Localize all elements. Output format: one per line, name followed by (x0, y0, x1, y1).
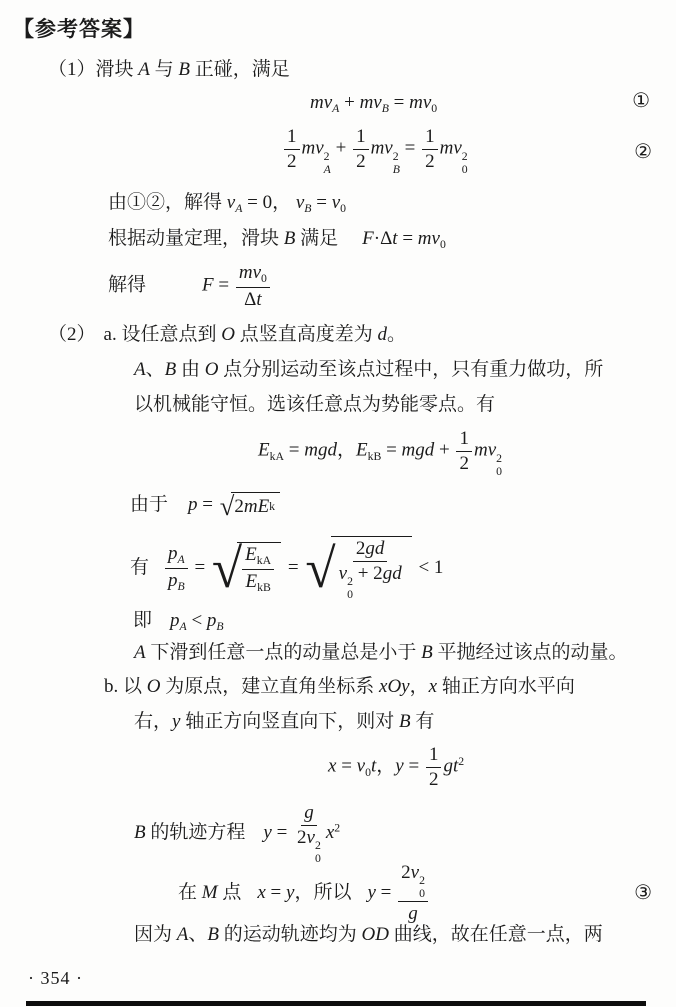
part2a-heading: （2）a. 设任意点到 O 点竖直高度差为 d。 (48, 322, 406, 348)
equation-2: 12mv2A + 12mv2B = 12mv20 (282, 126, 468, 176)
part2a-text-line2: 以机械能守恒。选该任意点为势能零点。有 (134, 392, 495, 418)
part1-heading: （1）滑块 A 与 B 正碰，满足 (48, 57, 290, 83)
momentum-ratio-equation: 有pApB = √EkAEkB = √2gdv20 + 2gd < 1 (130, 536, 443, 601)
part2b-text-line1: b. 以 O 为原点，建立直角坐标系 xOy，x 轴正方向水平向 (104, 674, 575, 700)
momentum-inequality-line: 即pA < pB (133, 608, 224, 635)
page-title: 【参考答案】 (13, 16, 145, 44)
scan-edge-bar (26, 1001, 646, 1006)
equation-1-label: ① (632, 88, 650, 115)
solve-from-equations-line: 由①②，解得 vA = 0， vB = v0 (108, 190, 346, 217)
equation-1: mvA + mvB = mv0 (310, 90, 437, 117)
kinetic-energy-equation: EkA = mgd，EkB = mgd + 12mv20 (258, 428, 502, 478)
page-number: · 354 · (28, 966, 83, 990)
equation-2-label: ② (634, 139, 652, 166)
part2a-text-line1: A、B 由 O 点分别运动至该点过程中，只有重力做功，所 (134, 357, 603, 383)
solve-force-line: 解得F = mv0Δt (108, 262, 272, 311)
momentum-energy-relation-line: 由于p = √2mEk (130, 492, 282, 520)
part2a-conclusion: A 下滑到任意一点的动量总是小于 B 平抛经过该点的动量。 (134, 640, 628, 666)
part2b-text-line2: 右，y 轴正方向竖直向下，则对 B 有 (134, 709, 434, 735)
equation-3-label: ③ (634, 880, 652, 907)
trajectory-equation-line: B 的轨迹方程y = g2v20x2 (134, 802, 340, 865)
point-m-equation: 在 M 点x = y，所以y = 2v20g (178, 862, 430, 925)
projectile-equations: x = v0t，y = 12gt2 (328, 744, 464, 791)
because-text-line: 因为 A、B 的运动轨迹均为 OD 曲线，故在任意一点，两 (134, 922, 603, 948)
momentum-theorem-line: 根据动量定理，滑块 B 满足F·Δt = mv0 (108, 226, 446, 253)
answer-page: 【参考答案】 （1）滑块 A 与 B 正碰，满足 mvA + mvB = mv0… (0, 0, 676, 1007)
